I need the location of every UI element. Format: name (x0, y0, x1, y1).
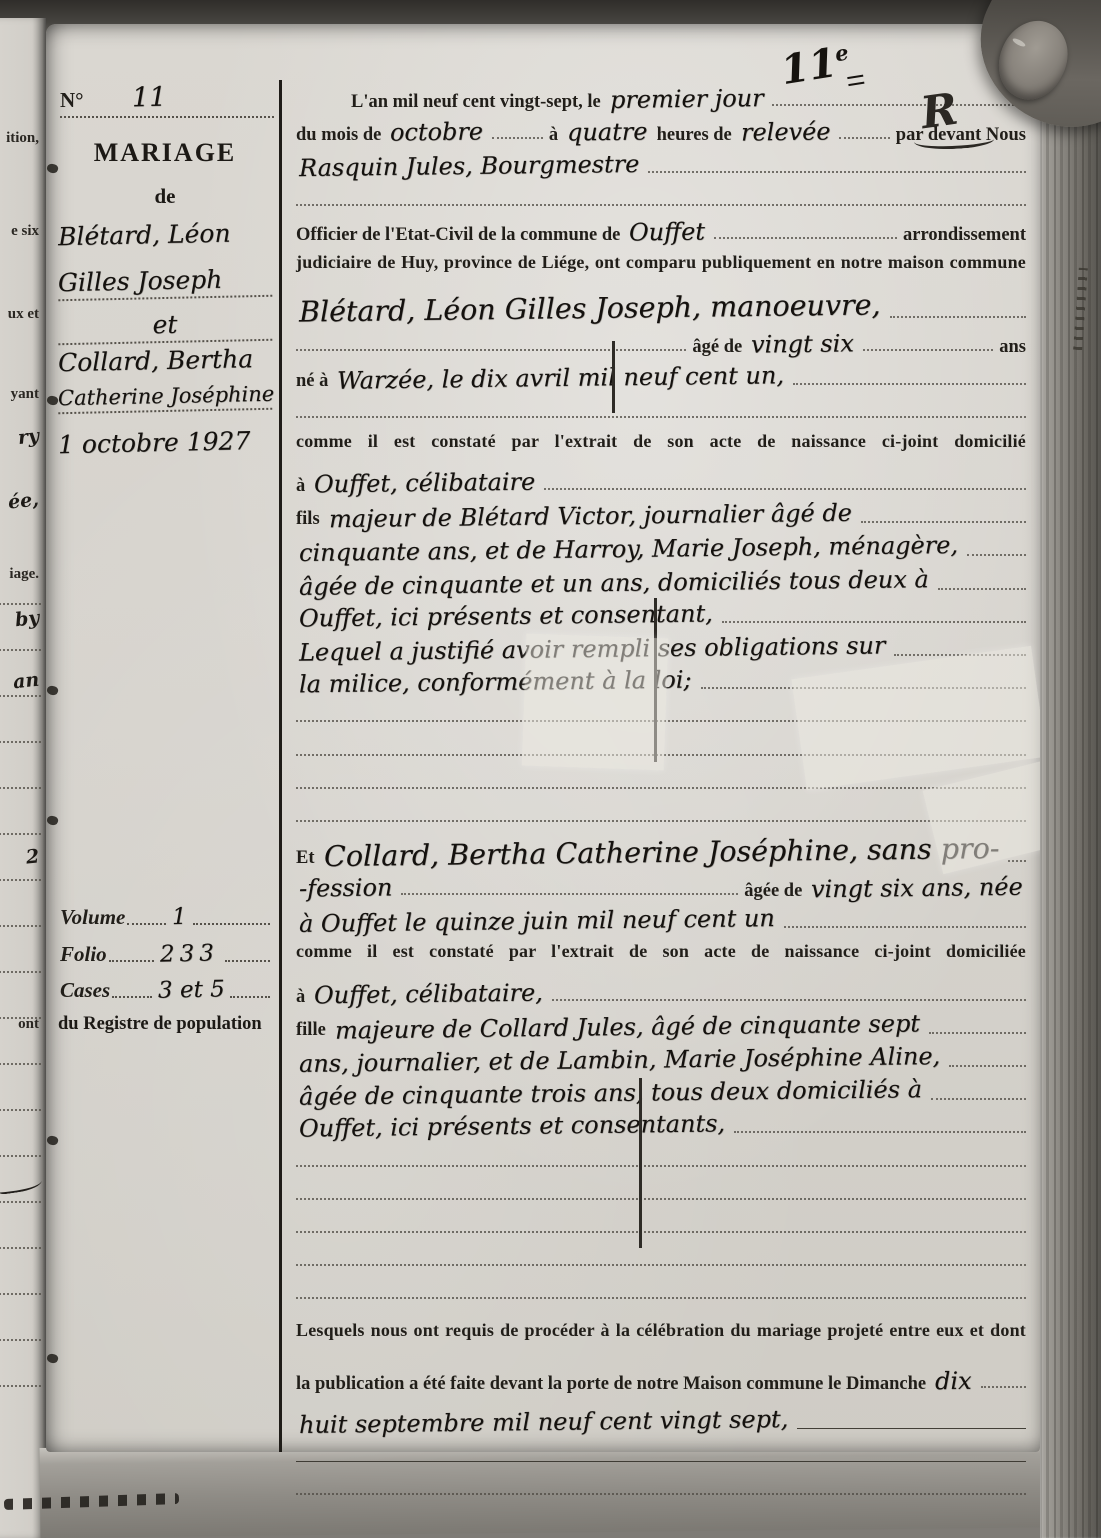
handwritten-text: à Ouffet le quinze juin mil neuf cent un (293, 904, 781, 938)
form-line: âgée de cinquante trois ans, tous deux d… (293, 1074, 1029, 1107)
dotted-rule (949, 1065, 1026, 1067)
handwritten-text: Ouffet, célibataire (308, 468, 542, 499)
dotted-rule (1008, 860, 1026, 862)
prev-page-handwriting-fragment: by (14, 607, 40, 631)
dotted-rule (127, 923, 166, 925)
dotted-rule (772, 104, 1026, 106)
handwritten-text: octobre (384, 118, 489, 147)
volume-label: Volume (60, 905, 125, 930)
dotted-rule (967, 554, 1026, 556)
form-line (293, 1174, 1029, 1207)
prev-page-handwriting-fragment: an (12, 669, 40, 694)
prev-page-text-fragment: yant (11, 386, 39, 403)
number-label: N° (60, 88, 84, 113)
dotted-rule (890, 316, 1026, 318)
form-line: EtCollard, Bertha Catherine Joséphine, s… (293, 829, 1029, 869)
prev-page-handwriting-fragment: ée, (7, 488, 40, 513)
form-line: âgé devingt sixans (293, 325, 1029, 358)
handwritten-text: âgée de cinquante et un ans, domiciliés … (293, 565, 935, 601)
dotted-rule (734, 1131, 1026, 1133)
form-line: judiciaire de Huy, province de Liége, on… (293, 246, 1029, 285)
printed-text: Lesquels nous ont requis de procéder à l… (293, 1320, 1029, 1340)
dotted-rule (938, 588, 1026, 590)
printed-text: heures de (654, 125, 735, 146)
prev-page-text-fragment: ition, (6, 130, 39, 147)
printed-text: judiciaire de Huy, province de Liége, on… (293, 252, 1029, 272)
fore-edge-writing (1073, 268, 1088, 350)
handwritten-text: Ouffet, ici présents et consentants, (293, 1110, 731, 1143)
dotted-rule (793, 383, 1026, 385)
folio-row: Folio 233 (60, 941, 272, 967)
dotted-rule (931, 1098, 1026, 1100)
conjunction-et: et (58, 308, 273, 345)
solid-rule (797, 1428, 1026, 1429)
cases-value: 3 et 5 (157, 976, 224, 1003)
form-line: comme il est constaté par l'extrait de s… (293, 935, 1029, 974)
dotted-rule (109, 960, 154, 962)
form-line: comme il est constaté par l'extrait de s… (293, 425, 1029, 464)
handwritten-text: vingt six ans, née (805, 873, 1029, 904)
dotted-rule (296, 1231, 1026, 1233)
dotted-rule (0, 1063, 41, 1065)
dotted-rule (981, 1386, 1026, 1388)
dotted-rule (296, 1198, 1026, 1200)
printed-text: fille (293, 1020, 329, 1041)
printed-text: à (293, 476, 308, 497)
register-page: N° 11 MARIAGE de Blétard, Léon Gilles Jo… (46, 24, 1040, 1452)
printed-text: à (293, 987, 308, 1008)
groom-name-line1: Blétard, Léon (58, 218, 273, 251)
pen-stroke (0, 1175, 43, 1195)
dotted-rule (0, 1385, 41, 1387)
printed-text: Et (293, 848, 318, 869)
form-line: à Ouffet le quinze juin mil neuf cent un (293, 902, 1029, 935)
dotted-rule (0, 879, 41, 881)
printed-text: la publication a été faite devant la por… (293, 1374, 929, 1395)
act-date: 1 octobre 1927 (58, 426, 273, 459)
dotted-rule (861, 521, 1026, 523)
prev-page-text-fragment: iage. (9, 566, 39, 583)
dotted-rule (0, 603, 41, 605)
handwritten-text: quatre (561, 118, 654, 147)
printed-text: du mois de (293, 125, 384, 146)
form-line: la publication a été faite devant la por… (293, 1362, 1029, 1395)
form-line: huit septembre mil neuf cent vingt sept, (293, 1403, 1029, 1436)
folio-value: 233 (160, 940, 219, 967)
form-line: Officier de l'Etat-Civil de la commune d… (293, 213, 1029, 246)
dotted-rule (929, 1032, 1026, 1034)
solid-rule (296, 1461, 1026, 1462)
dotted-rule (230, 996, 270, 998)
printed-text: L'an mil neuf cent vingt-sept, le (348, 92, 604, 113)
register-note: du Registre de population (58, 1014, 278, 1035)
handwritten-text: Ouffet, célibataire, (308, 978, 549, 1009)
register-scan: ition, e six ux et yant ry ée, iage. by … (0, 0, 1101, 1538)
prev-page-handwriting-fragment: ry (17, 425, 40, 449)
printed-text: Officier de l'Etat-Civil de la commune d… (293, 225, 623, 246)
form-line: Ouffet, ici présents et consentants, (293, 1107, 1029, 1140)
form-line (293, 1273, 1029, 1306)
dotted-rule (0, 1247, 41, 1249)
dotted-rule (296, 1297, 1026, 1299)
handwritten-text: Rasquin Jules, Bourgmestre (293, 149, 646, 181)
dotted-rule (552, 999, 1026, 1001)
form-line (293, 1469, 1029, 1502)
dotted-rule (0, 1017, 41, 1019)
form-line: âgée de cinquante et un ans, domiciliés … (293, 563, 1029, 596)
handwritten-text: majeure de Collard Jules, âgé de cinquan… (329, 1009, 926, 1044)
dotted-rule (296, 1264, 1026, 1266)
handwritten-text: âgée de cinquante trois ans, tous deux d… (293, 1075, 928, 1111)
dotted-rule (714, 237, 897, 239)
folio-mark-number: 11 (778, 39, 840, 94)
dotted-rule (492, 137, 543, 139)
form-line: -fessionâgée devingt six ans, née (293, 869, 1029, 902)
dotted-rule (225, 960, 270, 962)
handwritten-text: Collard, Bertha Catherine Joséphine, san… (317, 832, 1005, 873)
form-line: filsmajeur de Blétard Victor, journalier… (293, 497, 1029, 530)
dotted-rule (296, 1165, 1026, 1167)
handwritten-text: premier jour (604, 84, 770, 114)
prev-page-text-fragment: e six (11, 223, 39, 240)
printed-text: ans (996, 337, 1029, 358)
volume-value: 1 (172, 904, 187, 930)
dotted-rule (0, 1109, 41, 1111)
handwritten-text: Ouffet (623, 217, 711, 246)
tape-repair (522, 634, 669, 771)
dotted-rule (296, 204, 1026, 206)
printed-text: fils (293, 509, 323, 530)
dotted-rule (112, 996, 152, 998)
printed-text: arrondissement (900, 225, 1029, 246)
dotted-rule (0, 1155, 41, 1157)
dotted-rule (544, 488, 1026, 490)
form-line: Blétard, Léon Gilles Joseph, manoeuvre, (293, 285, 1029, 325)
handwritten-text: majeur de Blétard Victor, journalier âgé… (322, 499, 857, 534)
form-line (293, 392, 1029, 425)
form-line: ans, journalier, et de Lambin, Marie Jos… (293, 1041, 1029, 1074)
handwritten-text: -fession (293, 873, 399, 902)
dotted-rule (722, 621, 1026, 623)
handwritten-text: cinquante ans, et de Harroy, Marie Josep… (293, 531, 964, 567)
dotted-rule (0, 741, 41, 743)
folio-mark-sup: e (833, 40, 850, 67)
dotted-rule (296, 820, 1026, 822)
handwritten-text: ans, journalier, et de Lambin, Marie Jos… (293, 1042, 947, 1078)
form-line (293, 1240, 1029, 1273)
handwritten-text: dix (929, 1366, 978, 1395)
groom-name-line2: Gilles Joseph (58, 264, 273, 301)
dotted-rule (193, 923, 270, 925)
bride-name-line2: Catherine Joséphine (58, 382, 273, 414)
act-type-title: MARIAGE (58, 138, 272, 168)
void-stroke (612, 341, 615, 413)
form-line: àOuffet, célibataire, (293, 975, 1029, 1008)
prev-page-text-fragment: ux et (8, 306, 39, 323)
dotted-rule (0, 833, 41, 835)
form-line: Rasquin Jules, Bourgmestre (293, 146, 1029, 179)
form-line: né àWarzée, le dix avril mil neuf cent u… (293, 358, 1029, 391)
cases-label: Cases (60, 978, 110, 1003)
bride-name-line1: Collard, Bertha (58, 344, 273, 377)
handwritten-text: relevée (735, 118, 837, 147)
dotted-rule (0, 1201, 41, 1203)
dotted-rule (296, 1493, 1026, 1495)
act-body: L'an mil neuf cent vingt-sept, lepremier… (293, 80, 1029, 1502)
handwritten-text: huit septembre mil neuf cent vingt sept, (293, 1405, 795, 1439)
prev-page-handwriting-fragment: 2 (25, 845, 40, 868)
dotted-rule (0, 971, 41, 973)
dotted-rule (296, 787, 1026, 789)
dotted-rule (784, 926, 1026, 928)
dotted-rule (0, 1293, 41, 1295)
folio-label: Folio (60, 942, 107, 967)
form-line (293, 180, 1029, 213)
form-line: cinquante ans, et de Harroy, Marie Josep… (293, 530, 1029, 563)
printed-text: âgée de (741, 881, 805, 902)
form-line (293, 796, 1029, 829)
dotted-rule (0, 649, 41, 651)
handwritten-text: Warzée, le dix avril mil neuf cent un, (331, 361, 790, 395)
dotted-rule (401, 893, 738, 895)
printed-text: comme il est constaté par l'extrait de s… (293, 941, 1029, 961)
act-of-label: de (58, 184, 272, 209)
form-line (293, 1140, 1029, 1173)
volume-row: Volume 1 (60, 904, 272, 930)
margin-separator-rule (279, 80, 282, 1452)
act-number-row: N° 11 (60, 82, 274, 118)
form-line: Ouffet, ici présents et consentant, (293, 597, 1029, 630)
form-line (293, 1207, 1029, 1240)
dotted-rule (839, 137, 890, 139)
handwritten-text: Blétard, Léon Gilles Joseph, manoeuvre, (293, 289, 887, 329)
dotted-rule (0, 695, 41, 697)
printed-text: comme il est constaté par l'extrait de s… (293, 431, 1029, 451)
handwritten-text: vingt six (745, 330, 860, 359)
void-stroke (639, 1078, 642, 1248)
form-line: Lesquels nous ont requis de procéder à l… (293, 1314, 1029, 1353)
act-number-value: 11 (131, 82, 166, 114)
margin-column: N° 11 MARIAGE de Blétard, Léon Gilles Jo… (58, 24, 278, 1452)
page-edge-band (1040, 0, 1101, 1538)
dotted-rule (0, 925, 41, 927)
form-line: fillemajeure de Collard Jules, âgé de ci… (293, 1008, 1029, 1041)
dotted-rule (296, 416, 1026, 418)
previous-page-edge: ition, e six ux et yant ry ée, iage. by … (0, 18, 46, 1538)
dotted-rule (648, 171, 1026, 173)
form-line: àOuffet, célibataire (293, 464, 1029, 497)
cases-row: Cases 3 et 5 (60, 977, 272, 1003)
printed-text: né à (293, 371, 331, 392)
printed-text: à (546, 125, 561, 146)
printed-text: âgé de (689, 337, 745, 358)
dotted-rule (296, 349, 686, 351)
dotted-rule (0, 1339, 41, 1341)
dotted-rule (863, 349, 993, 351)
dotted-rule (0, 787, 41, 789)
form-line (293, 1436, 1029, 1469)
